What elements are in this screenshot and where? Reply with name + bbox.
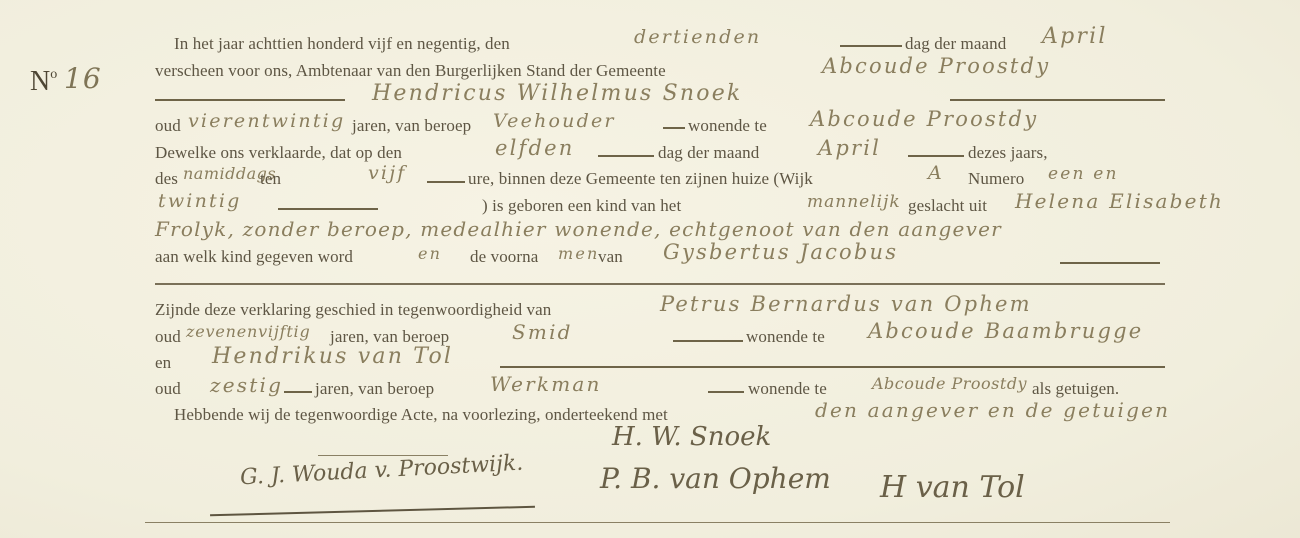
handwritten-numero: een en	[1048, 164, 1119, 184]
printed-text: oud	[155, 378, 181, 400]
fill-dash	[598, 155, 654, 157]
printed-text: wonende te	[688, 115, 767, 137]
handwritten-mother-name: Helena Elisabeth	[1015, 189, 1224, 213]
handwritten-child-sex: mannelijk	[807, 192, 901, 212]
handwritten-declarant-residence: Abcoude Proostdy	[810, 107, 1038, 131]
printed-text: oud	[155, 115, 181, 137]
fill-dash	[284, 391, 312, 393]
signature-overline	[318, 455, 448, 456]
fill-dash	[708, 391, 744, 393]
printed-text: des	[155, 168, 178, 190]
printed-text: geslacht uit	[908, 195, 987, 217]
signature-witness2: H van Tol	[880, 470, 1025, 505]
handwritten-witness2-name: Hendrikus van Tol	[212, 344, 453, 369]
printed-text: Hebbende wij de tegenwoordige Acte, na v…	[174, 404, 668, 426]
printed-text: jaren, van beroep	[352, 115, 471, 137]
printed-text: verscheen voor ons, Ambtenaar van den Bu…	[155, 60, 666, 82]
handwritten-child-given-names: Gysbertus Jacobus	[663, 240, 898, 264]
handwritten-municipality: Abcoude Proostdy	[822, 54, 1050, 78]
handwritten-registration-month: April	[1042, 24, 1108, 49]
handwritten-witness1-occupation: Smid	[512, 320, 573, 344]
handwritten-numero-continued: twintig	[158, 190, 242, 212]
handwritten-witness1-age: zevenenvijftig	[186, 322, 311, 341]
handwritten-signers: den aangever en de getuigen	[815, 398, 1170, 422]
printed-text: ) is geboren een kind van het	[482, 195, 681, 217]
printed-text: dezes jaars,	[968, 142, 1048, 164]
printed-text: jaren, van beroep	[315, 378, 434, 400]
handwritten-witness1-name: Petrus Bernardus van Ophem	[660, 292, 1032, 316]
printed-text: Numero	[968, 168, 1024, 190]
printed-text: de voorna	[470, 246, 538, 268]
handwritten-witness2-age: zestig	[210, 373, 283, 397]
printed-text: dag der maand	[905, 33, 1006, 55]
handwritten-birth-hour: vijf	[368, 162, 407, 184]
handwritten-birth-registration-day: dertienden	[634, 26, 761, 48]
handwritten-wijk: A	[928, 162, 944, 184]
fill-dash	[673, 340, 743, 342]
fill-dash	[1060, 262, 1160, 264]
handwritten-declarant-name: Hendricus Wilhelmus Snoek	[372, 81, 742, 106]
handwritten-declarant-occupation: Veehouder	[493, 110, 616, 132]
handwritten-declarant-age: vierentwintig	[188, 110, 345, 132]
printed-text: wonende te	[748, 378, 827, 400]
certificate-page: No 16 In het jaar achttien honderd vijf …	[0, 0, 1300, 538]
printed-text: ten	[260, 168, 281, 190]
printed-text: In het jaar achttien honderd vijf en neg…	[174, 33, 510, 55]
printed-text: oud	[155, 326, 181, 348]
printed-text: aan welk kind gegeven word	[155, 246, 353, 268]
handwritten-birth-month: April	[818, 136, 881, 160]
handwritten-witness1-residence: Abcoude Baambrugge	[868, 319, 1143, 343]
handwritten-suffix: en	[418, 244, 442, 263]
printed-text: als getuigen.	[1032, 378, 1119, 400]
handwritten-witness2-occupation: Werkman	[490, 372, 602, 396]
fill-dash	[278, 208, 378, 210]
printed-text: dag der maand	[658, 142, 759, 164]
signature-declarant: H. W. Snoek	[612, 422, 771, 452]
printed-text: Dewelke ons verklaarde, dat op den	[155, 142, 402, 164]
signature-underline	[210, 506, 535, 517]
handwritten-birth-day: elfden	[495, 136, 575, 160]
record-number-label: No	[30, 66, 57, 98]
printed-text: wonende te	[746, 326, 825, 348]
signature-official: G. J. Wouda v. Proostwijk.	[240, 451, 524, 491]
bottom-divider	[145, 522, 1170, 523]
record-number-value: 16	[64, 62, 102, 95]
fill-dash	[950, 99, 1165, 101]
printed-text: en	[155, 352, 171, 374]
fill-dash	[500, 366, 1165, 368]
fill-dash	[663, 127, 685, 129]
signature-witness1: P. B. van Ophem	[600, 462, 831, 495]
handwritten-suffix: men	[558, 244, 600, 263]
printed-text: ure, binnen deze Gemeente ten zijnen hui…	[468, 168, 813, 190]
printed-text: Zijnde deze verklaring geschied in tegen…	[155, 299, 551, 321]
handwritten-mother-details: Frolyk, zonder beroep, medealhier wonend…	[155, 217, 1002, 241]
fill-dash	[908, 155, 964, 157]
fill-dash	[427, 181, 465, 183]
fill-dash	[840, 45, 902, 47]
handwritten-witness2-residence: Abcoude Proostdy	[872, 374, 1027, 393]
fill-dash	[155, 99, 345, 101]
section-divider	[155, 283, 1165, 285]
printed-text: van	[598, 246, 623, 268]
